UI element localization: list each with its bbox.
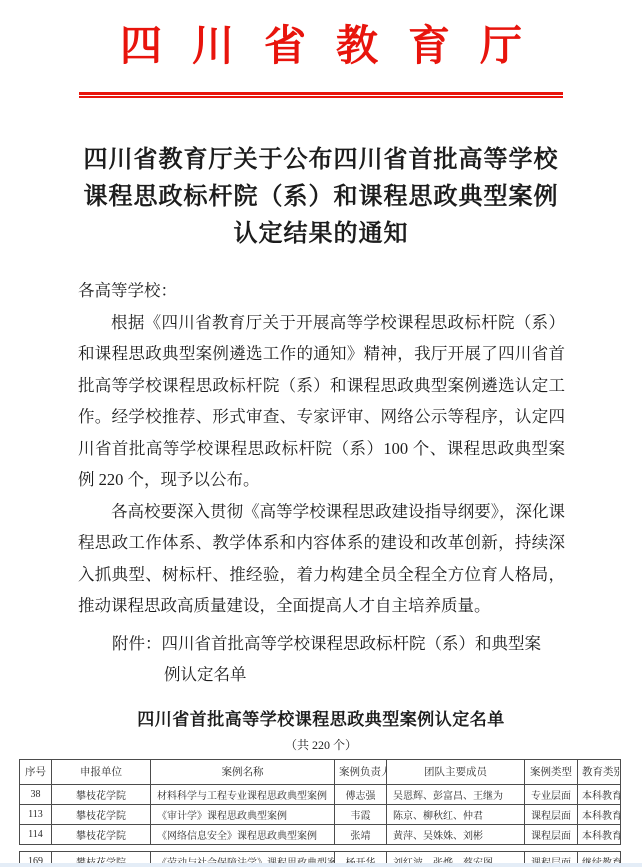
cell-no: 114: [20, 824, 52, 844]
cell-category: 本科教育: [578, 784, 621, 804]
notice-body: 各高等学校： 根据《四川省教育厅关于开展高等学校课程思政标杆院（系）和课程思政典…: [78, 275, 565, 622]
case-table: 序号 申报单位 案例名称 案例负责人 团队主要成员 案例类型 教育类别 38 攀…: [19, 759, 621, 845]
table-header-row: 序号 申报单位 案例名称 案例负责人 团队主要成员 案例类型 教育类别: [20, 759, 621, 784]
attachment-line-2: 例认定名单: [164, 659, 565, 691]
letterhead-red-rule: [79, 92, 563, 98]
col-header-category: 教育类别: [578, 759, 621, 784]
cell-unit: 攀枝花学院: [52, 824, 151, 844]
salutation: 各高等学校：: [78, 275, 565, 307]
col-header-no: 序号: [20, 759, 52, 784]
cell-unit: 攀枝花学院: [52, 784, 151, 804]
col-header-unit: 申报单位: [52, 759, 151, 784]
cell-no: 113: [20, 804, 52, 824]
paragraph-1: 根据《四川省教育厅关于开展高等学校课程思政标杆院（系）和课程思政典型案例遴选工作…: [78, 307, 565, 496]
letterhead-title: 四川省教育厅: [0, 0, 642, 78]
list-count-note: （共 220 个）: [0, 736, 642, 753]
col-header-type: 案例类型: [525, 759, 578, 784]
screenshot-edge-strip: [0, 863, 642, 867]
cell-unit: 攀枝花学院: [52, 804, 151, 824]
notice-title: 四川省教育厅关于公布四川省首批高等学校 课程思政标杆院（系）和课程思政典型案例 …: [0, 142, 642, 253]
attachment-note: 附件：四川省首批高等学校课程思政标杆院（系）和典型案 例认定名单: [112, 628, 565, 691]
cell-case: 《审计学》课程思政典型案例: [151, 804, 335, 824]
cell-team: 黄萍、吴姝姝、刘彬: [387, 824, 525, 844]
notice-title-line-1: 四川省教育厅关于公布四川省首批高等学校: [0, 142, 642, 179]
cell-type: 专业层面: [525, 784, 578, 804]
cell-category: 本科教育: [578, 824, 621, 844]
notice-title-line-2: 课程思政标杆院（系）和课程思政典型案例: [0, 179, 642, 216]
cell-type: 课程层面: [525, 804, 578, 824]
cell-category: 本科教育: [578, 804, 621, 824]
table-row: 114 攀枝花学院 《网络信息安全》课程思政典型案例 张靖 黄萍、吴姝姝、刘彬 …: [20, 824, 621, 844]
cell-case: 《网络信息安全》课程思政典型案例: [151, 824, 335, 844]
table-row: 38 攀枝花学院 材料科学与工程专业课程思政典型案例 傅志强 吴恩辉、彭富昌、王…: [20, 784, 621, 804]
cell-leader: 张靖: [335, 824, 387, 844]
paragraph-2: 各高校要深入贯彻《高等学校课程思政建设指导纲要》，深化课程思政工作体系、教学体系…: [78, 496, 565, 622]
list-title: 四川省首批高等学校课程思政典型案例认定名单: [0, 705, 642, 730]
col-header-leader: 案例负责人: [335, 759, 387, 784]
table-row: 113 攀枝花学院 《审计学》课程思政典型案例 韦霞 陈京、柳秋红、仲君 课程层…: [20, 804, 621, 824]
document-page: 四川省教育厅 四川省教育厅关于公布四川省首批高等学校 课程思政标杆院（系）和课程…: [0, 0, 642, 867]
col-header-case: 案例名称: [151, 759, 335, 784]
cell-leader: 韦霞: [335, 804, 387, 824]
cell-case: 材料科学与工程专业课程思政典型案例: [151, 784, 335, 804]
notice-title-line-3: 认定结果的通知: [0, 216, 642, 253]
cell-no: 38: [20, 784, 52, 804]
cell-team: 吴恩辉、彭富昌、王继为: [387, 784, 525, 804]
cell-leader: 傅志强: [335, 784, 387, 804]
cell-team: 陈京、柳秋红、仲君: [387, 804, 525, 824]
attachment-line-1: 附件：四川省首批高等学校课程思政标杆院（系）和典型案: [112, 628, 565, 660]
col-header-team: 团队主要成员: [387, 759, 525, 784]
cell-type: 课程层面: [525, 824, 578, 844]
